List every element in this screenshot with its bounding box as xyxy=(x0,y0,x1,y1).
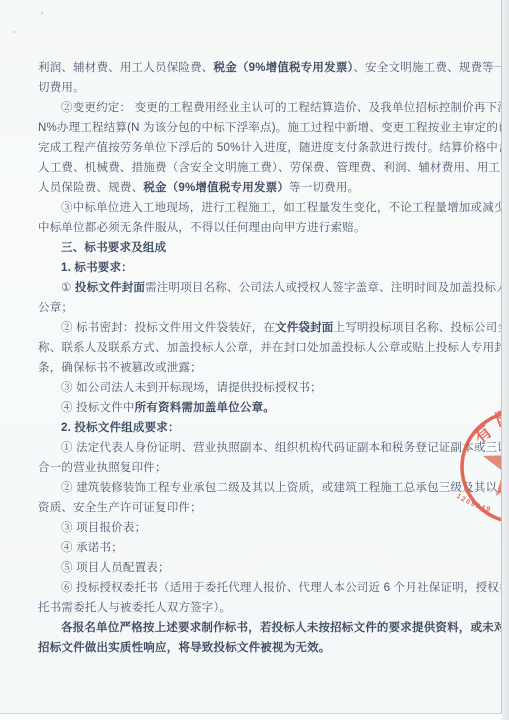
emphasized-text: 税金（9%增值税专用发票） xyxy=(143,182,289,194)
body-text: ② 标书密封：投标文件用文件袋装好，在 xyxy=(61,322,275,334)
document-line: ⑥ 投标授权委托书（适用于委托代理人报价、代理人本公司近 6 个月社保证明，授权… xyxy=(38,578,478,598)
body-text: ① 法定代表人身份证明、营业执照副本、组织机构代码证副本和税务登记证副本或三证 xyxy=(61,442,509,454)
document-line: ① 投标文件封面需注明项目名称、公司法人或授权人签字盖章、注明时间及加盖投标人 xyxy=(38,278,478,298)
body-text: 资质、安全生产许可证复印件； xyxy=(38,502,202,514)
document-body: 利润、辅材费、用工人员保险费、税金（9%增值税专用发票）、安全文明施工费、规费等… xyxy=(38,58,478,658)
emphasized-text: 招标文件做出实质性响应，将导致投标文件被视为无效。 xyxy=(38,642,331,654)
document-line: 人工费、机械费、措施费（含安全文明施工费）、劳保费、管理费、利润、辅材费用、用工 xyxy=(38,158,478,178)
document-line: 条，确保标书不被篡改或泄露； xyxy=(38,358,478,378)
emphasized-text: 投标文件封面 xyxy=(75,282,145,294)
body-text: 等一切费用。 xyxy=(289,182,359,194)
body-text: 、安全文明施工费、规费等一 xyxy=(353,62,505,74)
document-line: 完成工程产值按劳务单位下浮后的 50%计入进度，随进度支付条款进行拨付。结算价格… xyxy=(38,138,478,158)
scan-artifact xyxy=(13,31,15,33)
body-text: 人工费、机械费、措施费（含安全文明施工费）、劳保费、管理费、利润、辅材费用、用工 xyxy=(38,162,500,174)
document-line: 三、标书要求及组成 xyxy=(38,238,478,258)
body-text: 完成工程产值按劳务单位下浮后的 50%计入进度，随进度支付条款进行拨付。结算价格… xyxy=(38,142,509,154)
body-text: ⑤ 项目人员配置表； xyxy=(61,562,170,574)
document-line: 中标单位都必须无条件服从，不得以任何理由向甲方进行索赔。 xyxy=(38,218,478,238)
document-line: ② 标书密封：投标文件用文件袋装好，在文件袋封面上写明投标项目名称、投标公司全 xyxy=(38,318,478,338)
emphasized-text: 各报名单位严格按上述要求制作标书，若投标人未按招标文件的要求提供资料，或未对 xyxy=(61,622,506,634)
body-text: 上写明投标项目名称、投标公司全 xyxy=(334,322,509,334)
body-text: ③中标单位进入工地现场，进行工程施工，如工程量发生变化，不论工程量增加或减少， xyxy=(61,202,509,214)
document-line: 托书需委托人与被委托人双方签字）。 xyxy=(38,598,478,618)
body-text: ① xyxy=(61,282,75,294)
document-line: ① 法定代表人身份证明、营业执照副本、组织机构代码证副本和税务登记证副本或三证 xyxy=(38,438,478,458)
document-line: 切费用。 xyxy=(38,78,478,98)
body-text: 中标单位都必须无条件服从，不得以任何理由向甲方进行索赔。 xyxy=(38,222,366,234)
document-line: ② 建筑装修装饰工程专业承包二级及其以上资质，或建筑工程施工总承包三级及其以上 xyxy=(38,478,478,498)
body-text: 利润、辅材费、用工人员保险费、 xyxy=(38,62,214,74)
document-line: 利润、辅材费、用工人员保险费、税金（9%增值税专用发票）、安全文明施工费、规费等… xyxy=(38,58,478,78)
page-edge-shadow-right xyxy=(501,0,509,720)
document-line: 公章； xyxy=(38,298,478,318)
page-edge-shadow-bottom xyxy=(0,713,502,720)
emphasized-text: 1. 标书要求： xyxy=(61,262,133,274)
emphasized-text: 三、标书要求及组成 xyxy=(61,242,166,254)
document-line: ④ 投标文件中所有资料需加盖单位公章。 xyxy=(38,398,478,418)
body-text: N%办理工程结算(N 为该分包的中标下浮率点)。施工过程中新增、变更工程按业主审… xyxy=(38,122,509,134)
body-text: 合一的营业执照复印件； xyxy=(38,462,167,474)
document-line: 人员保险费、规费、税金（9%增值税专用发票）等一切费用。 xyxy=(38,178,478,198)
scan-artifact xyxy=(41,12,43,14)
body-text: ②变更约定： 变更的工程费用经业主认可的工程结算造价、及我单位招标控制价再下浮 xyxy=(61,102,509,114)
body-text: 条，确保标书不被篡改或泄露； xyxy=(38,362,202,374)
document-line: ③ 如公司法人未到开标现场，请提供投标授权书； xyxy=(38,378,478,398)
body-text: ⑥ 投标授权委托书（适用于委托代理人报价、代理人本公司近 6 个月社保证明，授权… xyxy=(61,582,509,594)
body-text: 切费用。 xyxy=(38,82,85,94)
document-line: ②变更约定： 变更的工程费用经业主认可的工程结算造价、及我单位招标控制价再下浮 xyxy=(38,98,478,118)
body-text: 公章； xyxy=(38,302,73,314)
emphasized-text: 文件袋封面 xyxy=(275,322,334,334)
document-line: 招标文件做出实质性响应，将导致投标文件被视为无效。 xyxy=(38,638,478,658)
body-text: ④ 承诺书； xyxy=(61,542,123,554)
emphasized-text: 所有资料需加盖单位公章。 xyxy=(135,402,275,414)
document-line: 合一的营业执照复印件； xyxy=(38,458,478,478)
document-line: 各报名单位严格按上述要求制作标书，若投标人未按招标文件的要求提供资料，或未对 xyxy=(38,618,478,638)
emphasized-text: 税金（9%增值税专用发票） xyxy=(214,62,354,74)
document-line: ⑤ 项目人员配置表； xyxy=(38,558,478,578)
document-line: 资质、安全生产许可证复印件； xyxy=(38,498,478,518)
document-line: N%办理工程结算(N 为该分包的中标下浮率点)。施工过程中新增、变更工程按业主审… xyxy=(38,118,478,138)
body-text: ③ 项目报价表； xyxy=(61,522,146,534)
document-line: 2. 投标文件组成要求： xyxy=(38,418,478,438)
document-line: ④ 承诺书； xyxy=(38,538,478,558)
emphasized-text: 2. 投标文件组成要求： xyxy=(61,422,180,434)
body-text: 托书需委托人与被委托人双方签字）。 xyxy=(38,602,231,614)
body-text: ③ 如公司法人未到开标现场，请提供投标授权书； xyxy=(61,382,322,394)
scanned-document-page: 利润、辅材费、用工人员保险费、税金（9%增值税专用发票）、安全文明施工费、规费等… xyxy=(0,0,509,720)
document-line: ③ 项目报价表； xyxy=(38,518,478,538)
document-line: 1. 标书要求： xyxy=(38,258,478,278)
body-text: 称、联系人及联系方式、加盖投标人公章，并在封口处加盖投标人公章或贴上投标人专用封 xyxy=(38,342,506,354)
body-text: 人员保险费、规费、 xyxy=(38,182,143,194)
body-text: 需注明项目名称、公司法人或授权人签字盖章、注明时间及加盖投标人 xyxy=(145,282,508,294)
body-text: ④ 投标文件中 xyxy=(61,402,135,414)
document-line: ③中标单位进入工地现场，进行工程施工，如工程量发生变化，不论工程量增加或减少， xyxy=(38,198,478,218)
document-line: 称、联系人及联系方式、加盖投标人公章，并在封口处加盖投标人公章或贴上投标人专用封 xyxy=(38,338,478,358)
body-text: ② 建筑装修装饰工程专业承包二级及其以上资质，或建筑工程施工总承包三级及其以上 xyxy=(61,482,509,494)
